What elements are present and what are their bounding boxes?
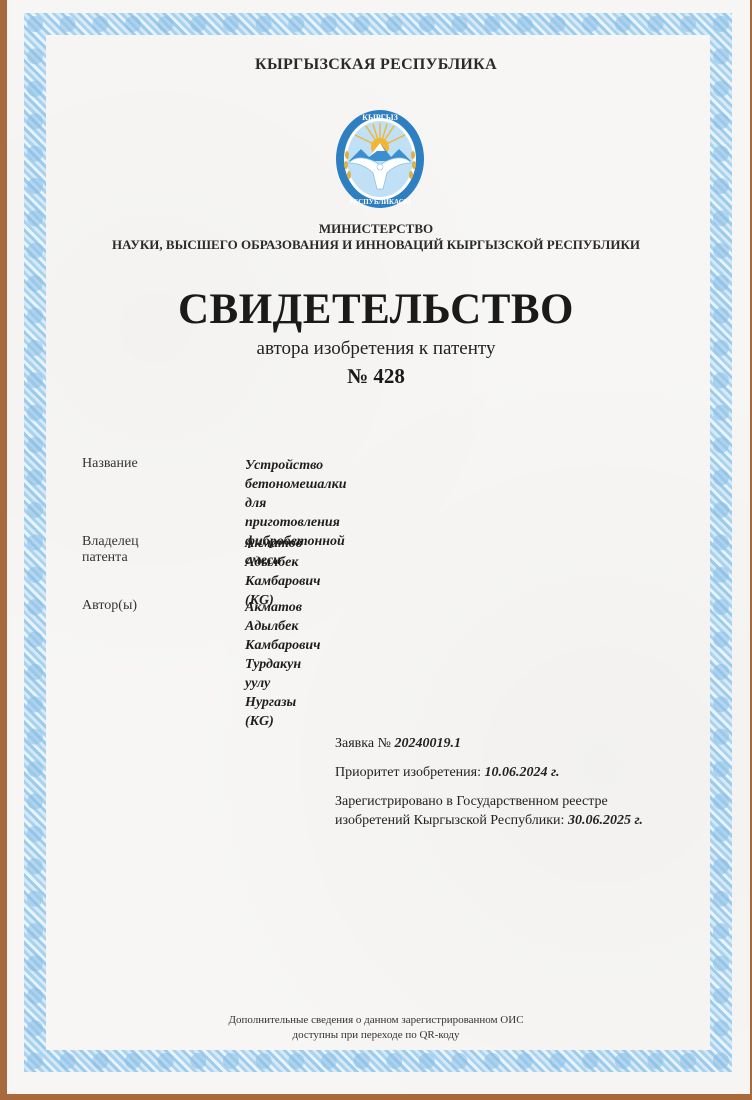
author-1: Акматов Адылбек Камбарович bbox=[245, 598, 320, 655]
patent-number: № 428 bbox=[0, 364, 752, 389]
registration-value: 30.06.2025 г. bbox=[568, 813, 643, 828]
ministry-full-name: НАУКИ, ВЫСШЕГО ОБРАЗОВАНИЯ И ИННОВАЦИЙ К… bbox=[0, 237, 752, 253]
certificate-title: СВИДЕТЕЛЬСТВО bbox=[0, 285, 752, 334]
certificate-subtitle: автора изобретения к патенту bbox=[0, 338, 752, 360]
field-name-label: Название bbox=[82, 456, 138, 472]
footer-line1: Дополнительные сведения о данном зарегис… bbox=[0, 1013, 752, 1028]
registration-date: Зарегистрировано в Государственном реест… bbox=[335, 792, 643, 830]
registration-label-line1: Зарегистрировано в Государственном реест… bbox=[335, 792, 643, 811]
author-2: Турдакун уулу Нургазы (KG) bbox=[245, 655, 320, 731]
application-number: Заявка № 20240019.1 bbox=[335, 734, 461, 753]
priority-value: 10.06.2024 г. bbox=[484, 765, 559, 780]
kyrgyz-coat-of-arms-icon: КЫРГЫЗ РЕСПУБЛИКАСЫ bbox=[333, 107, 427, 211]
registration-label-line2: изобретений Кыргызской Республики: bbox=[335, 813, 568, 828]
field-authors-label: Автор(ы) bbox=[82, 598, 137, 614]
ministry-heading: МИНИСТЕРСТВО bbox=[0, 221, 752, 237]
field-name-value-line1: Устройство бетономешалки для приготовлен… bbox=[245, 456, 347, 532]
footer-line2: доступны при переходе по QR-коду bbox=[0, 1028, 752, 1043]
footer-note: Дополнительные сведения о данном зарегис… bbox=[0, 1013, 752, 1043]
priority-label: Приоритет изобретения: bbox=[335, 765, 484, 780]
field-owner-label: Владелец патента bbox=[82, 534, 139, 566]
svg-text:КЫРГЫЗ: КЫРГЫЗ bbox=[362, 113, 398, 122]
application-value: 20240019.1 bbox=[394, 736, 461, 751]
field-authors-value: Акматов Адылбек Камбарович Турдакун уулу… bbox=[245, 598, 320, 731]
priority-date: Приоритет изобретения: 10.06.2024 г. bbox=[335, 763, 559, 782]
application-label: Заявка № bbox=[335, 736, 394, 751]
country-heading: КЫРГЫЗСКАЯ РЕСПУБЛИКА bbox=[0, 56, 752, 74]
svg-text:РЕСПУБЛИКАСЫ: РЕСПУБЛИКАСЫ bbox=[349, 198, 411, 206]
